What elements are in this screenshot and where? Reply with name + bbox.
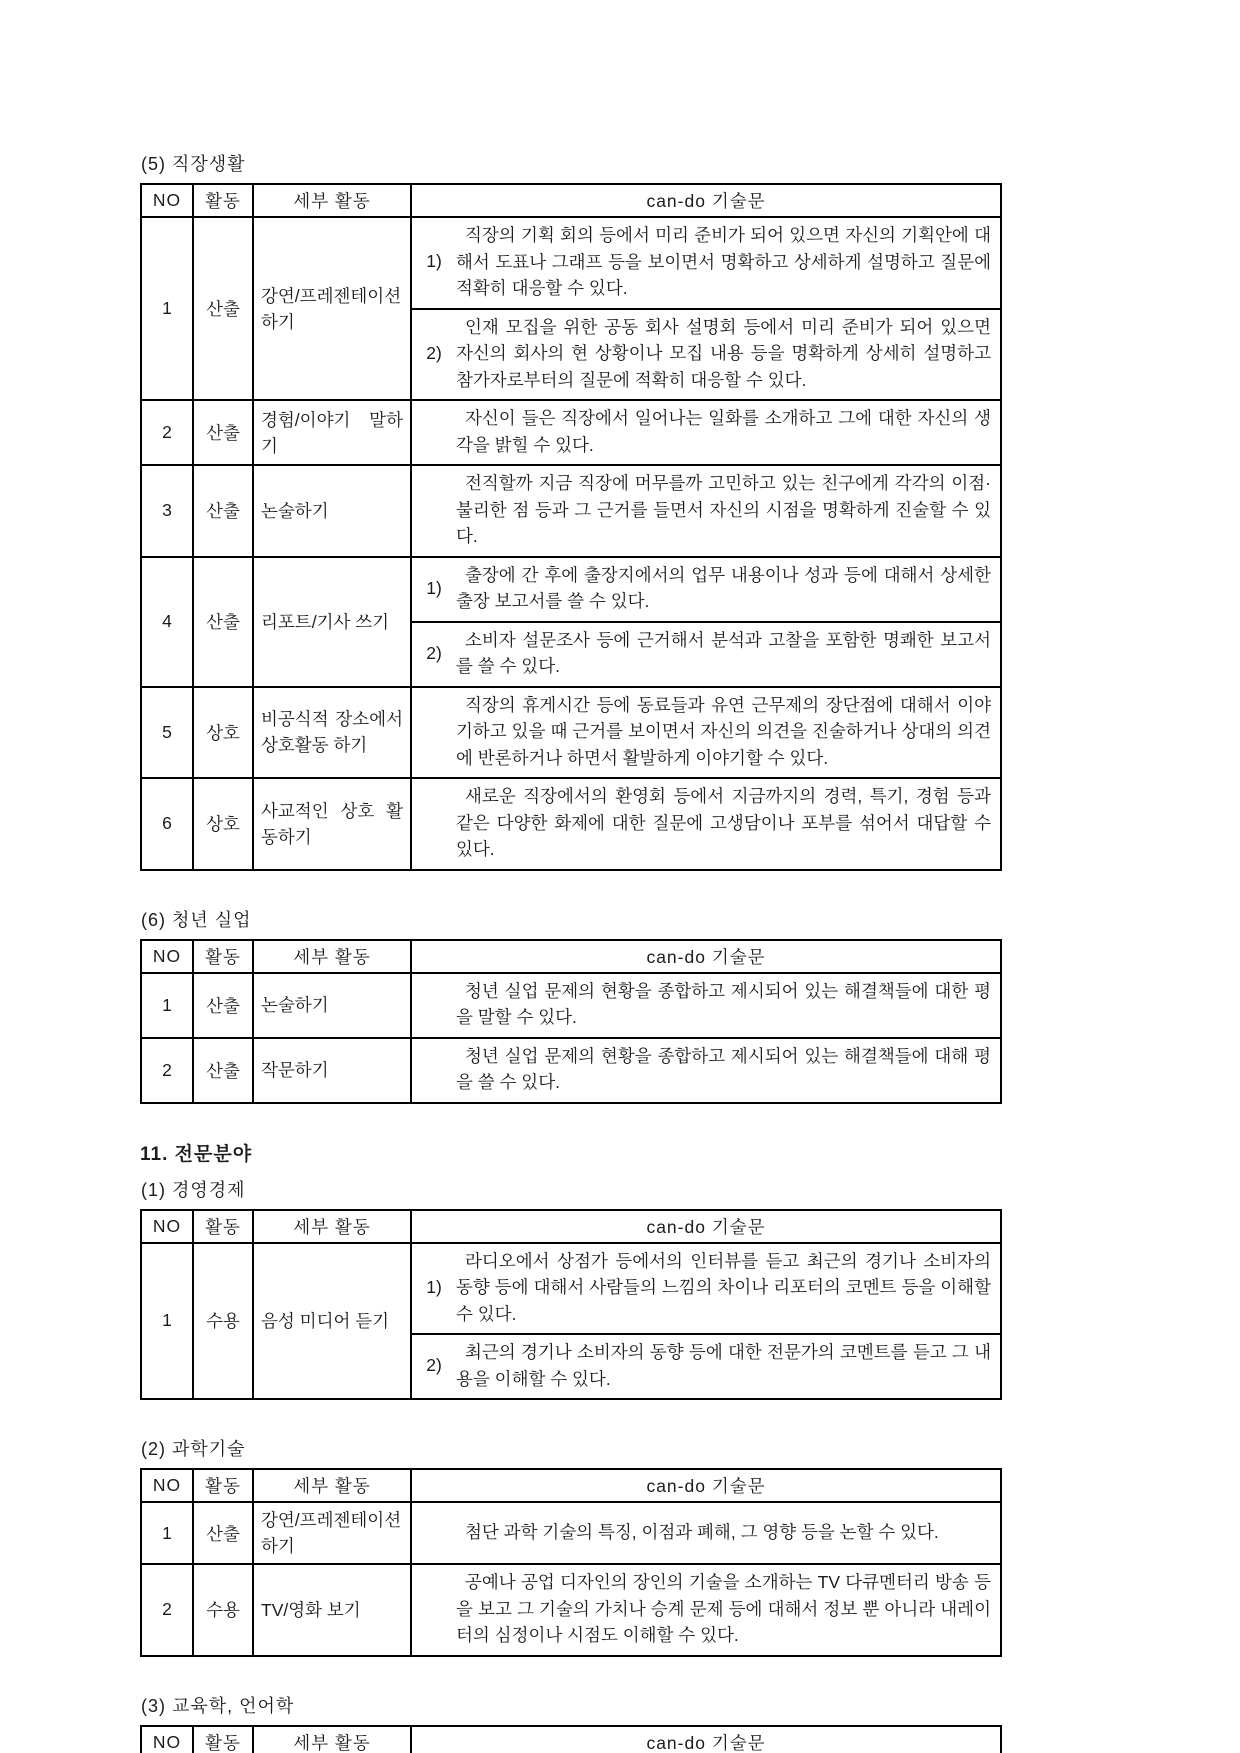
table-head: NO활동세부 활동can-do 기술문: [141, 184, 1001, 217]
column-header-no: NO: [141, 1210, 193, 1243]
table-head: NO활동세부 활동can-do 기술문: [141, 1726, 1001, 1753]
cando-item: 청년 실업 문제의 현황을 종합하고 제시되어 있는 해결책들에 대해 평을 쓸…: [412, 1039, 1000, 1102]
table-body: 1산출강연/프레젠테이션 하기1)직장의 기획 회의 등에서 미리 준비가 되어…: [141, 217, 1001, 870]
header-row: NO활동세부 활동can-do 기술문: [141, 1210, 1001, 1243]
section: 11. 전문분야(1) 경영경제NO활동세부 활동can-do 기술문1수용음성…: [140, 1139, 1000, 1401]
column-header-activity: 활동: [193, 940, 253, 973]
activity-cell: 산출: [193, 400, 253, 465]
column-header-cando: can-do 기술문: [411, 940, 1001, 973]
no-cell: 2: [141, 1564, 193, 1656]
cando-cell: 청년 실업 문제의 현황을 종합하고 제시되어 있는 해결책들에 대해 평을 쓸…: [411, 1038, 1001, 1103]
cando-item: 새로운 직장에서의 환영회 등에서 지금까지의 경력, 특기, 경험 등과 같은…: [412, 779, 1000, 869]
column-header-no: NO: [141, 1469, 193, 1502]
detail-cell: 논술하기: [253, 973, 411, 1038]
cando-item: 2)소비자 설문조사 등에 근거해서 분석과 고찰을 포함한 명쾌한 보고서를 …: [412, 621, 1000, 686]
cando-cell: 1)출장에 간 후에 출장지에서의 업무 내용이나 성과 등에 대해서 상세한 …: [411, 557, 1001, 687]
table-head: NO활동세부 활동can-do 기술문: [141, 1469, 1001, 1502]
column-header-cando: can-do 기술문: [411, 1469, 1001, 1502]
item-number: 1): [412, 1277, 456, 1298]
item-number: 1): [412, 578, 456, 599]
cando-item: 1)라디오에서 상점가 등에서의 인터뷰를 듣고 최근의 경기나 소비자의 동향…: [412, 1244, 1000, 1334]
cando-text: 새로운 직장에서의 환영회 등에서 지금까지의 경력, 특기, 경험 등과 같은…: [456, 783, 991, 863]
column-header-detail: 세부 활동: [253, 1210, 411, 1243]
cando-text: 청년 실업 문제의 현황을 종합하고 제시되어 있는 해결책들에 대한 평을 말…: [456, 978, 991, 1031]
cando-text: 소비자 설문조사 등에 근거해서 분석과 고찰을 포함한 명쾌한 보고서를 쓸 …: [456, 627, 991, 680]
section-heading: (1) 경영경제: [141, 1176, 1000, 1202]
cando-cell: 새로운 직장에서의 환영회 등에서 지금까지의 경력, 특기, 경험 등과 같은…: [411, 778, 1001, 870]
detail-cell: 사교적인 상호 활동하기: [253, 778, 411, 870]
section-heading: (6) 청년 실업: [141, 906, 1000, 932]
section: (5) 직장생활NO활동세부 활동can-do 기술문1산출강연/프레젠테이션 …: [140, 150, 1000, 871]
column-header-activity: 활동: [193, 1210, 253, 1243]
table-head: NO활동세부 활동can-do 기술문: [141, 940, 1001, 973]
column-header-detail: 세부 활동: [253, 184, 411, 217]
cando-cell: 1)라디오에서 상점가 등에서의 인터뷰를 듣고 최근의 경기나 소비자의 동향…: [411, 1243, 1001, 1400]
column-header-cando: can-do 기술문: [411, 1210, 1001, 1243]
cando-table: NO활동세부 활동can-do 기술문1산출강연/프레젠테이션 하기1)직장의 …: [140, 183, 1002, 871]
no-cell: 2: [141, 1038, 193, 1103]
cando-cell: 직장의 휴게시간 등에 동료들과 유연 근무제의 장단점에 대해서 이야기하고 …: [411, 687, 1001, 779]
no-cell: 1: [141, 1243, 193, 1400]
cando-text: 직장의 휴게시간 등에 동료들과 유연 근무제의 장단점에 대해서 이야기하고 …: [456, 692, 991, 772]
column-header-no: NO: [141, 184, 193, 217]
cando-text: 청년 실업 문제의 현황을 종합하고 제시되어 있는 해결책들에 대해 평을 쓸…: [456, 1043, 991, 1096]
section-heading: (2) 과학기술: [141, 1435, 1000, 1461]
activity-cell: 상호: [193, 687, 253, 779]
cando-text: 인재 모집을 위한 공동 회사 설명회 등에서 미리 준비가 되어 있으면 자신…: [456, 314, 991, 394]
cando-item: 공예나 공업 디자인의 장인의 기술을 소개하는 TV 다큐멘터리 방송 등을 …: [412, 1565, 1000, 1655]
cando-item: 1)출장에 간 후에 출장지에서의 업무 내용이나 성과 등에 대해서 상세한 …: [412, 558, 1000, 621]
section-heading: (5) 직장생활: [141, 150, 1000, 176]
activity-cell: 상호: [193, 778, 253, 870]
table-body: 1산출강연/프레젠테이션 하기첨단 과학 기술의 특징, 이점과 폐해, 그 영…: [141, 1502, 1001, 1656]
section-heading: (3) 교육학, 언어학: [141, 1692, 1000, 1718]
column-header-no: NO: [141, 1726, 193, 1753]
column-header-detail: 세부 활동: [253, 1726, 411, 1753]
header-row: NO활동세부 활동can-do 기술문: [141, 1469, 1001, 1502]
no-cell: 2: [141, 400, 193, 465]
cando-text: 공예나 공업 디자인의 장인의 기술을 소개하는 TV 다큐멘터리 방송 등을 …: [456, 1569, 991, 1649]
cando-item: 첨단 과학 기술의 특징, 이점과 폐해, 그 영향 등을 논할 수 있다.: [412, 1515, 1000, 1552]
cando-text: 직장의 기획 회의 등에서 미리 준비가 되어 있으면 자신의 기획안에 대해서…: [456, 222, 991, 302]
table-row: 2수용TV/영화 보기공예나 공업 디자인의 장인의 기술을 소개하는 TV 다…: [141, 1564, 1001, 1656]
table-row: 1산출강연/프레젠테이션 하기1)직장의 기획 회의 등에서 미리 준비가 되어…: [141, 217, 1001, 400]
detail-cell: 리포트/기사 쓰기: [253, 557, 411, 687]
sections-container: (5) 직장생활NO활동세부 활동can-do 기술문1산출강연/프레젠테이션 …: [140, 150, 1000, 1753]
column-header-activity: 활동: [193, 1726, 253, 1753]
cando-table: NO활동세부 활동can-do 기술문1수용음성 미디어 듣기1)라디오에서 상…: [140, 1209, 1002, 1401]
cando-text: 출장에 간 후에 출장지에서의 업무 내용이나 성과 등에 대해서 상세한 출장…: [456, 562, 991, 615]
section: (3) 교육학, 언어학NO활동세부 활동can-do 기술문: [140, 1692, 1000, 1753]
cando-text: 최근의 경기나 소비자의 동향 등에 대한 전문가의 코멘트를 듣고 그 내용을…: [456, 1339, 991, 1392]
detail-cell: 강연/프레젠테이션 하기: [253, 1502, 411, 1564]
cando-item: 청년 실업 문제의 현황을 종합하고 제시되어 있는 해결책들에 대한 평을 말…: [412, 974, 1000, 1037]
table-row: 1산출논술하기청년 실업 문제의 현황을 종합하고 제시되어 있는 해결책들에 …: [141, 973, 1001, 1038]
activity-cell: 산출: [193, 217, 253, 400]
table-head: NO활동세부 활동can-do 기술문: [141, 1210, 1001, 1243]
column-header-no: NO: [141, 940, 193, 973]
table-row: 2산출경험/이야기 말하기자신이 들은 직장에서 일어나는 일화를 소개하고 그…: [141, 400, 1001, 465]
cando-item: 자신이 들은 직장에서 일어나는 일화를 소개하고 그에 대한 자신의 생각을 …: [412, 401, 1000, 464]
header-row: NO활동세부 활동can-do 기술문: [141, 184, 1001, 217]
detail-cell: 음성 미디어 듣기: [253, 1243, 411, 1400]
cando-cell: 공예나 공업 디자인의 장인의 기술을 소개하는 TV 다큐멘터리 방송 등을 …: [411, 1564, 1001, 1656]
table-row: 3산출논술하기전직할까 지금 직장에 머무를까 고민하고 있는 친구에게 각각의…: [141, 465, 1001, 557]
cando-table: NO활동세부 활동can-do 기술문: [140, 1725, 1002, 1753]
cando-item: 2)최근의 경기나 소비자의 동향 등에 대한 전문가의 코멘트를 듣고 그 내…: [412, 1333, 1000, 1398]
activity-cell: 수용: [193, 1243, 253, 1400]
section: (2) 과학기술NO활동세부 활동can-do 기술문1산출강연/프레젠테이션 …: [140, 1435, 1000, 1657]
column-header-cando: can-do 기술문: [411, 1726, 1001, 1753]
activity-cell: 수용: [193, 1564, 253, 1656]
activity-cell: 산출: [193, 1502, 253, 1564]
detail-cell: 경험/이야기 말하기: [253, 400, 411, 465]
activity-cell: 산출: [193, 1038, 253, 1103]
cando-cell: 첨단 과학 기술의 특징, 이점과 폐해, 그 영향 등을 논할 수 있다.: [411, 1502, 1001, 1564]
cando-text: 자신이 들은 직장에서 일어나는 일화를 소개하고 그에 대한 자신의 생각을 …: [456, 405, 991, 458]
cando-item: 1)직장의 기획 회의 등에서 미리 준비가 되어 있으면 자신의 기획안에 대…: [412, 218, 1000, 308]
cando-item: 2)인재 모집을 위한 공동 회사 설명회 등에서 미리 준비가 되어 있으면 …: [412, 308, 1000, 400]
item-number: 1): [412, 251, 456, 272]
cando-table: NO활동세부 활동can-do 기술문1산출강연/프레젠테이션 하기첨단 과학 …: [140, 1468, 1002, 1657]
table-body: 1수용음성 미디어 듣기1)라디오에서 상점가 등에서의 인터뷰를 듣고 최근의…: [141, 1243, 1001, 1400]
item-number: 2): [412, 343, 456, 364]
activity-cell: 산출: [193, 557, 253, 687]
table-row: 2산출작문하기청년 실업 문제의 현황을 종합하고 제시되어 있는 해결책들에 …: [141, 1038, 1001, 1103]
no-cell: 1: [141, 973, 193, 1038]
document-page: (5) 직장생활NO활동세부 활동can-do 기술문1산출강연/프레젠테이션 …: [0, 0, 1240, 1753]
no-cell: 5: [141, 687, 193, 779]
item-number: 2): [412, 1355, 456, 1376]
table-row: 1산출강연/프레젠테이션 하기첨단 과학 기술의 특징, 이점과 폐해, 그 영…: [141, 1502, 1001, 1564]
cando-cell: 청년 실업 문제의 현황을 종합하고 제시되어 있는 해결책들에 대한 평을 말…: [411, 973, 1001, 1038]
cando-text: 전직할까 지금 직장에 머무를까 고민하고 있는 친구에게 각각의 이점·불리한…: [456, 470, 991, 550]
table-row: 5상호비공식적 장소에서 상호활동 하기직장의 휴게시간 등에 동료들과 유연 …: [141, 687, 1001, 779]
section: (6) 청년 실업NO활동세부 활동can-do 기술문1산출논술하기청년 실업…: [140, 906, 1000, 1104]
activity-cell: 산출: [193, 465, 253, 557]
cando-table: NO활동세부 활동can-do 기술문1산출논술하기청년 실업 문제의 현황을 …: [140, 939, 1002, 1104]
table-row: 1수용음성 미디어 듣기1)라디오에서 상점가 등에서의 인터뷰를 듣고 최근의…: [141, 1243, 1001, 1400]
cando-text: 첨단 과학 기술의 특징, 이점과 폐해, 그 영향 등을 논할 수 있다.: [456, 1519, 991, 1546]
detail-cell: 작문하기: [253, 1038, 411, 1103]
cando-item: 직장의 휴게시간 등에 동료들과 유연 근무제의 장단점에 대해서 이야기하고 …: [412, 688, 1000, 778]
detail-cell: 비공식적 장소에서 상호활동 하기: [253, 687, 411, 779]
detail-cell: 강연/프레젠테이션 하기: [253, 217, 411, 400]
column-header-detail: 세부 활동: [253, 940, 411, 973]
table-row: 6상호사교적인 상호 활동하기새로운 직장에서의 환영회 등에서 지금까지의 경…: [141, 778, 1001, 870]
column-header-cando: can-do 기술문: [411, 184, 1001, 217]
activity-cell: 산출: [193, 973, 253, 1038]
column-header-detail: 세부 활동: [253, 1469, 411, 1502]
no-cell: 4: [141, 557, 193, 687]
no-cell: 3: [141, 465, 193, 557]
table-row: 4산출리포트/기사 쓰기1)출장에 간 후에 출장지에서의 업무 내용이나 성과…: [141, 557, 1001, 687]
cando-cell: 1)직장의 기획 회의 등에서 미리 준비가 되어 있으면 자신의 기획안에 대…: [411, 217, 1001, 400]
header-row: NO활동세부 활동can-do 기술문: [141, 940, 1001, 973]
detail-cell: TV/영화 보기: [253, 1564, 411, 1656]
column-header-activity: 활동: [193, 1469, 253, 1502]
no-cell: 1: [141, 217, 193, 400]
cando-item: 전직할까 지금 직장에 머무를까 고민하고 있는 친구에게 각각의 이점·불리한…: [412, 466, 1000, 556]
chapter-heading: 11. 전문분야: [140, 1139, 1000, 1166]
table-body: 1산출논술하기청년 실업 문제의 현황을 종합하고 제시되어 있는 해결책들에 …: [141, 973, 1001, 1103]
header-row: NO활동세부 활동can-do 기술문: [141, 1726, 1001, 1753]
cando-cell: 전직할까 지금 직장에 머무를까 고민하고 있는 친구에게 각각의 이점·불리한…: [411, 465, 1001, 557]
item-number: 2): [412, 643, 456, 664]
cando-cell: 자신이 들은 직장에서 일어나는 일화를 소개하고 그에 대한 자신의 생각을 …: [411, 400, 1001, 465]
no-cell: 1: [141, 1502, 193, 1564]
no-cell: 6: [141, 778, 193, 870]
detail-cell: 논술하기: [253, 465, 411, 557]
column-header-activity: 활동: [193, 184, 253, 217]
cando-text: 라디오에서 상점가 등에서의 인터뷰를 듣고 최근의 경기나 소비자의 동향 등…: [456, 1248, 991, 1328]
